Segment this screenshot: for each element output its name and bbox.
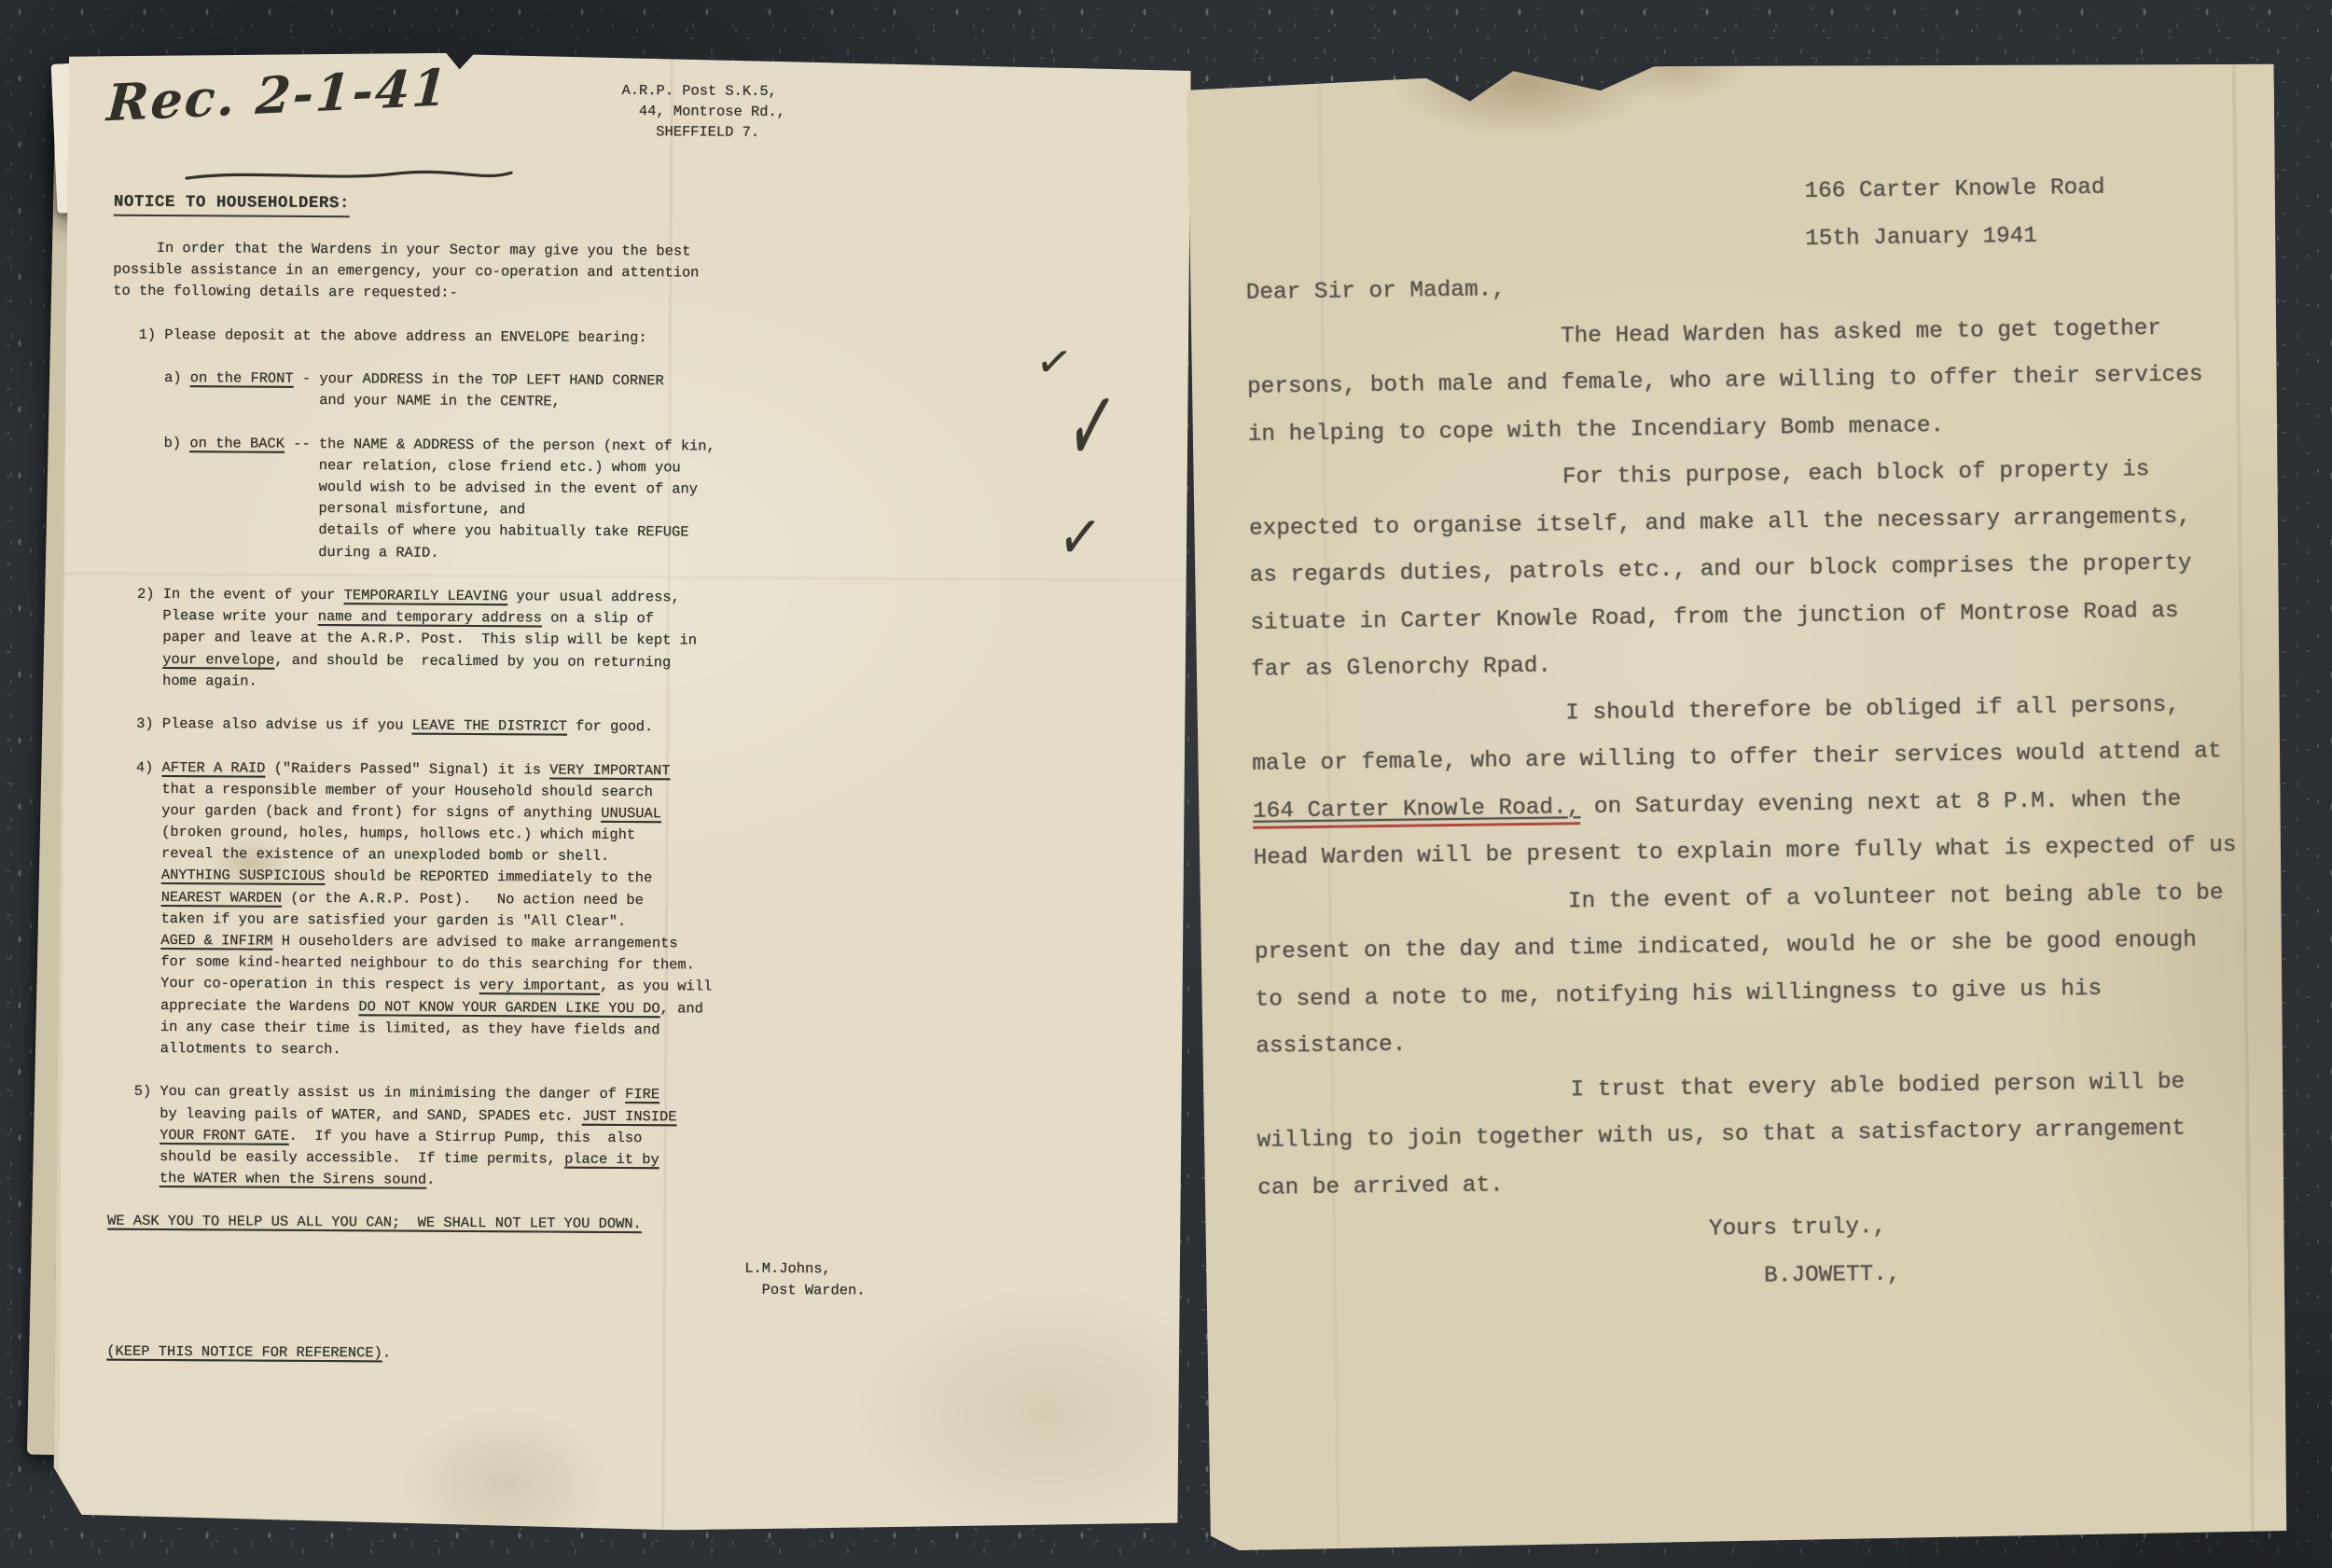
text-segment: near relation, close friend etc.) whom y… — [112, 456, 681, 477]
address-line: 44, Montrose Rd., — [621, 101, 785, 122]
text-segment: (or the A.R.P. Post). No action need be — [282, 889, 644, 908]
text-segment: in any case their time is limited, as th… — [108, 1018, 659, 1038]
text-line: 1) Please deposit at the above address a… — [113, 324, 871, 350]
text-segment — [109, 888, 161, 905]
text-segment: LEAVE THE DISTRICT — [412, 717, 567, 735]
arp-post-address-block: A.R.P. Post S.K.5, 44, Montrose Rd., SHE… — [621, 80, 785, 143]
text-segment: WE ASK YOU TO HELP US ALL YOU CAN; WE SH… — [107, 1213, 642, 1232]
text-segment: to the following details are requested:- — [113, 283, 458, 301]
text-segment: AFTER A RAID — [162, 758, 266, 776]
text-segment: on the BACK — [189, 435, 285, 452]
text-segment: should be easily accessible. If time per… — [108, 1148, 565, 1168]
text-segment — [107, 1170, 160, 1186]
text-segment: In order that the Wardens in your Sector… — [113, 240, 690, 260]
text-segment: during a RAID. — [112, 542, 439, 561]
text-segment: UNUSUAL — [601, 805, 661, 822]
text-line: (KEEP THIS NOTICE FOR REFERENCE). — [106, 1340, 865, 1367]
text-segment: very important — [479, 977, 600, 994]
text-segment: place it by — [564, 1151, 659, 1169]
text-segment: can be arrived at. — [1257, 1173, 1504, 1200]
text-segment: . — [382, 1344, 391, 1361]
text-segment: The Head Warden has asked me to get toge… — [1246, 316, 2161, 354]
text-segment: Head Warden will be present to explain m… — [1254, 833, 2237, 871]
text-segment — [108, 1126, 160, 1143]
text-segment: your garden (back and front) for signs o… — [110, 802, 602, 822]
text-segment: should be REPORTED immediately to the — [325, 867, 652, 886]
text-segment: to send a note to me, notifying his will… — [1256, 976, 2103, 1012]
text-segment: 2) In the event of your — [111, 586, 343, 604]
left-document-arp-notice: Rec. 2-1-41 A.R.P. Post S.K.5, 44, Montr… — [53, 50, 1191, 1533]
text-segment: as regards duties, patrols etc., and our… — [1250, 551, 2192, 589]
text-segment — [109, 867, 161, 883]
text-segment: a) — [113, 369, 190, 387]
text-segment: present on the day and time indicated, w… — [1255, 928, 2197, 965]
text-line: home again. — [111, 670, 869, 696]
text-segment: , and — [660, 1000, 703, 1017]
text-segment: on Saturday evening next at 8 P.M. when … — [1580, 786, 2181, 819]
text-segment: Your co-operation in this respect is — [109, 975, 479, 993]
text-segment — [109, 932, 161, 949]
text-segment: FIRE — [625, 1086, 659, 1103]
text-segment: Dear Sir or Madam., — [1246, 277, 1506, 306]
text-segment: 164 Carter Knowle Road., — [1253, 795, 1581, 829]
text-segment: ("Raiders Passed" Signal) it is — [265, 759, 549, 778]
text-segment: for some kind-hearted neighbour to do th… — [109, 953, 695, 974]
text-line: during a RAID. — [111, 540, 869, 566]
text-segment: H ouseholders are advised to make arrang… — [272, 933, 677, 952]
text-segment: DO NOT KNOW YOUR GARDEN LIKE YOU DO — [358, 998, 659, 1017]
text-segment: (broken ground, holes, humps, hollows et… — [110, 824, 635, 843]
handwritten-checkmark-icon: ✓ — [1054, 499, 1104, 577]
text-segment: home again. — [111, 672, 257, 689]
text-segment: (KEEP THIS NOTICE FOR REFERENCE) — [106, 1342, 382, 1361]
text-segment: I should therefore be obliged if all per… — [1252, 692, 2181, 729]
text-segment: . If you have a Stirrup Pump, this also — [289, 1128, 643, 1146]
handwritten-flourish-underline — [183, 165, 519, 189]
text-segment: the WATER when the Sirens sound — [160, 1170, 426, 1188]
letter-body-text: 166 Carter Knowle Road 15th January 1941… — [1244, 163, 2242, 1307]
text-segment: 1) Please deposit at the above address a… — [113, 326, 647, 345]
text-segment: , and should be recalimed by you on retu… — [274, 651, 671, 671]
text-segment: -- the NAME & ADDRESS of the person (nex… — [285, 435, 715, 454]
text-segment: allotments to search. — [108, 1040, 340, 1059]
right-document-letter: 166 Carter Knowle Road 15th January 1941… — [1187, 58, 2294, 1550]
address-line: SHEFFIELD 7. — [621, 121, 785, 143]
text-segment: , as you will — [600, 978, 712, 995]
text-segment: 166 Carter Knowle Road — [1244, 175, 2104, 212]
handwritten-received-date: Rec. 2-1-41 — [105, 57, 451, 132]
text-segment: reveal the existence of an unexploded bo… — [110, 845, 610, 865]
text-segment: In the event of a volunteer not being ab… — [1254, 881, 2223, 919]
text-segment: JUST INSIDE — [582, 1107, 677, 1125]
text-segment: . — [426, 1172, 435, 1188]
text-segment: persons, both male and female, who are w… — [1247, 362, 2203, 399]
text-segment: and your NAME in the CENTRE, — [113, 391, 561, 410]
text-segment: 15th January 1941 — [1245, 223, 2037, 258]
text-segment: your envelope — [162, 651, 274, 669]
text-segment: 4) — [110, 758, 162, 775]
text-segment: VERY IMPORTANT — [549, 761, 670, 779]
text-segment: Yours truly., — [1258, 1214, 1887, 1248]
text-segment: Please write your — [111, 607, 318, 625]
text-segment: male or female, who are willing to offer… — [1252, 739, 2221, 777]
text-segment: that a responsible member of your Househ… — [110, 780, 653, 800]
text-segment: taken if you are satisfied your garden i… — [109, 909, 626, 929]
text-segment — [111, 650, 163, 667]
text-segment: paper and leave at the A.R.P. Post. This… — [111, 629, 697, 649]
photo-scene: Rec. 2-1-41 A.R.P. Post S.K.5, 44, Montr… — [0, 0, 2332, 1568]
text-segment: Post Warden. — [107, 1278, 866, 1299]
text-segment: possible assistance in an emergency, you… — [113, 261, 699, 282]
text-segment: situate in Carter Knowle Road, from the … — [1250, 598, 2179, 635]
text-segment: For this purpose, each block of property… — [1248, 457, 2149, 494]
text-segment: willing to join together with us, so tha… — [1257, 1117, 2186, 1154]
text-segment: appreciate the Wardens — [109, 996, 359, 1015]
text-segment: 5) You can greatly assist us in minimisi… — [108, 1083, 625, 1103]
text-line: and your NAME in the CENTRE, — [112, 389, 870, 415]
text-segment: in helping to cope with the Incendiary B… — [1248, 413, 1945, 448]
text-segment: L.M.Johns, — [107, 1256, 831, 1277]
text-segment: YOUR FRONT GATE — [160, 1127, 289, 1145]
handwritten-checkmark-icon: ✓ — [1062, 364, 1121, 489]
text-segment: B.JOWETT., — [1258, 1261, 1900, 1295]
text-segment: b) — [112, 434, 189, 451]
text-segment: on the FRONT — [190, 369, 294, 387]
notice-body-text: In order that the Wardens in your Sector… — [106, 238, 871, 1367]
text-segment: your usual address, — [507, 588, 680, 605]
text-segment: personal misfortune, and — [112, 499, 525, 519]
text-segment: would wish to be advised in the event of… — [112, 478, 698, 498]
text-segment: NEAREST WARDEN — [161, 889, 282, 907]
text-segment: 3) Please also advise us if you — [110, 715, 411, 734]
text-segment: by leaving pails of WATER, and SAND, SPA… — [108, 1104, 582, 1124]
text-segment: assistance. — [1256, 1033, 1406, 1060]
handwritten-checkmark-icon: ✓ — [1033, 334, 1076, 389]
text-line: WE ASK YOU TO HELP US ALL YOU CAN; WE SH… — [107, 1211, 866, 1237]
text-segment: TEMPORARILY LEAVING — [344, 587, 508, 604]
text-segment: - your ADDRESS in the TOP LEFT HAND CORN… — [294, 370, 664, 389]
text-segment: expected to organise itself, and make al… — [1249, 504, 2191, 541]
text-segment: AGED & INFIRM — [160, 932, 272, 950]
text-segment: for good. — [567, 718, 653, 736]
address-line: A.R.P. Post S.K.5, — [622, 80, 786, 102]
text-line: to the following details are requested:- — [113, 281, 871, 307]
text-segment: far as Glenorchy Rpad. — [1251, 654, 1551, 683]
text-segment: details of where you habitually take REF… — [112, 520, 689, 541]
notice-heading: NOTICE TO HOUSEHOLDERS: — [114, 193, 350, 218]
text-segment: on a slip of — [542, 610, 654, 628]
text-segment: name and temporary address — [318, 608, 542, 626]
text-segment: ANYTHING SUSPICIOUS — [161, 867, 326, 884]
text-segment: I trust that every able bodied person wi… — [1256, 1069, 2186, 1106]
